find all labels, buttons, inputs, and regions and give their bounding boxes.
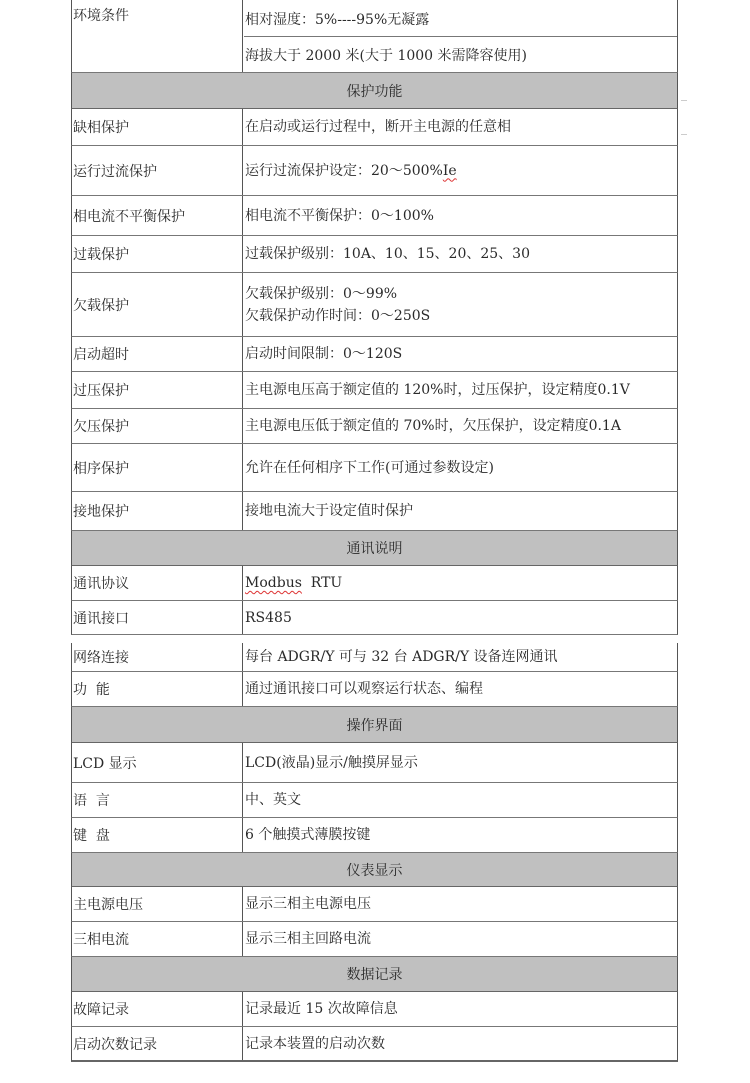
row-label: 主电源电压 — [72, 887, 243, 921]
row-label: 欠载保护 — [72, 273, 243, 336]
section-header-meter: 仪表显示 — [71, 853, 678, 887]
table-row: 语 言 中、英文 — [71, 783, 678, 818]
table-row: LCD 显示 LCD(液晶)显示/触摸屏显示 — [71, 743, 678, 783]
table-row: 过压保护 主电源电压高于额定值的 120%时，过压保护，设定精度0.1V — [71, 372, 678, 409]
row-value: 运行过流保护设定：20～500%Ie — [244, 146, 677, 195]
row-value: 显示三相主电源电压 — [244, 887, 677, 921]
row-label: 三相电流 — [72, 922, 243, 956]
row-label: 欠压保护 — [72, 409, 243, 443]
row-label: 启动超时 — [72, 337, 243, 371]
row-value: 欠载保护级别：0～99% 欠载保护动作时间：0～250S — [244, 273, 677, 336]
row-value: Modbus RTU — [244, 566, 677, 600]
section-header-protection: 保护功能 — [71, 73, 678, 109]
table-row: 三相电流 显示三相主回路电流 — [71, 922, 678, 957]
table-row: 通讯接口 RS485 — [71, 601, 678, 635]
table-row: 过载保护 过载保护级别：10A、10、15、20、25、30 — [71, 236, 678, 273]
env-altitude: 海拔大于 2000 米(大于 1000 米需降容使用) — [244, 37, 677, 73]
row-label: 过载保护 — [72, 236, 243, 272]
row-value: 启动时间限制：0～120S — [244, 337, 677, 371]
row-value: 每台 ADGR/Y 可与 32 台 ADGR/Y 设备连网通讯 — [244, 643, 677, 671]
table-row: 故障记录 记录最近 15 次故障信息 — [71, 992, 678, 1027]
table-row: 接地保护 接地电流大于设定值时保护 — [71, 492, 678, 531]
row-label: 环境条件 — [72, 0, 243, 72]
row-label: 启动次数记录 — [72, 1027, 243, 1060]
table-row: 相序保护 允许在任何相序下工作(可通过参数设定) — [71, 444, 678, 492]
row-label: 接地保护 — [72, 492, 243, 530]
section-title: 通讯说明 — [72, 531, 677, 565]
row-value: 6 个触摸式薄膜按键 — [244, 818, 677, 852]
row-label: LCD 显示 — [72, 743, 243, 782]
table-row: 启动超时 启动时间限制：0～120S — [71, 337, 678, 372]
table-row: 功 能 通过通讯接口可以观察运行状态、编程 — [71, 672, 678, 707]
row-value: 接地电流大于设定值时保护 — [244, 492, 677, 530]
spellcheck-underline: Ie — [443, 163, 457, 179]
row-value: 允许在任何相序下工作(可通过参数设定) — [244, 444, 677, 491]
row-value: RS485 — [244, 601, 677, 634]
row-value: 相电流不平衡保护：0～100% — [244, 196, 677, 235]
table-row-environment: 环境条件 相对湿度：5%----95%无凝露 海拔大于 2000 米(大于 10… — [71, 0, 678, 73]
env-humidity: 相对湿度：5%----95%无凝露 — [244, 2, 677, 37]
row-value: 在启动或运行过程中，断开主电源的任意相 — [244, 109, 677, 145]
row-value: 记录本装置的启动次数 — [244, 1027, 677, 1060]
row-label: 功 能 — [72, 672, 243, 706]
spec-table: 环境条件 相对湿度：5%----95%无凝露 海拔大于 2000 米(大于 10… — [71, 0, 678, 1062]
section-header-interface: 操作界面 — [71, 707, 678, 743]
table-row: 启动次数记录 记录本装置的启动次数 — [71, 1027, 678, 1062]
row-label: 相电流不平衡保护 — [72, 196, 243, 235]
section-title: 保护功能 — [72, 73, 677, 108]
table-row: 缺相保护 在启动或运行过程中，断开主电源的任意相 — [71, 109, 678, 146]
row-value: 显示三相主回路电流 — [244, 922, 677, 956]
row-label: 相序保护 — [72, 444, 243, 491]
table-row: 网络连接 每台 ADGR/Y 可与 32 台 ADGR/Y 设备连网通讯 — [71, 643, 678, 672]
section-header-communication: 通讯说明 — [71, 531, 678, 566]
section-title: 操作界面 — [72, 707, 677, 742]
table-row: 运行过流保护 运行过流保护设定：20～500%Ie — [71, 146, 678, 196]
row-value: 中、英文 — [244, 783, 677, 817]
table-row: 主电源电压 显示三相主电源电压 — [71, 887, 678, 922]
table-row: 欠载保护 欠载保护级别：0～99% 欠载保护动作时间：0～250S — [71, 273, 678, 337]
row-value: 记录最近 15 次故障信息 — [244, 992, 677, 1026]
section-title: 数据记录 — [72, 957, 677, 991]
row-label: 运行过流保护 — [72, 146, 243, 195]
row-label: 通讯协议 — [72, 566, 243, 600]
section-title: 仪表显示 — [72, 853, 677, 886]
row-value: LCD(液晶)显示/触摸屏显示 — [244, 743, 677, 782]
page-margin-mark — [681, 134, 687, 135]
row-label: 通讯接口 — [72, 601, 243, 634]
spellcheck-underline: Modbus — [245, 575, 302, 591]
row-label: 键 盘 — [72, 818, 243, 852]
table-row: 相电流不平衡保护 相电流不平衡保护：0～100% — [71, 196, 678, 236]
row-value: 通过通讯接口可以观察运行状态、编程 — [244, 672, 677, 706]
row-value: 过载保护级别：10A、10、15、20、25、30 — [244, 236, 677, 272]
page-margin-mark — [681, 100, 687, 101]
row-value: 主电源电压低于额定值的 70%时，欠压保护，设定精度0.1A — [244, 409, 677, 443]
row-label: 故障记录 — [72, 992, 243, 1026]
table-row: 通讯协议 Modbus RTU — [71, 566, 678, 601]
row-value: 主电源电压高于额定值的 120%时，过压保护，设定精度0.1V — [244, 372, 677, 408]
row-label: 语 言 — [72, 783, 243, 817]
table-row: 键 盘 6 个触摸式薄膜按键 — [71, 818, 678, 853]
row-label: 缺相保护 — [72, 109, 243, 145]
row-label: 网络连接 — [72, 643, 243, 671]
section-header-data-record: 数据记录 — [71, 957, 678, 992]
table-row: 欠压保护 主电源电压低于额定值的 70%时，欠压保护，设定精度0.1A — [71, 409, 678, 444]
row-label: 过压保护 — [72, 372, 243, 408]
